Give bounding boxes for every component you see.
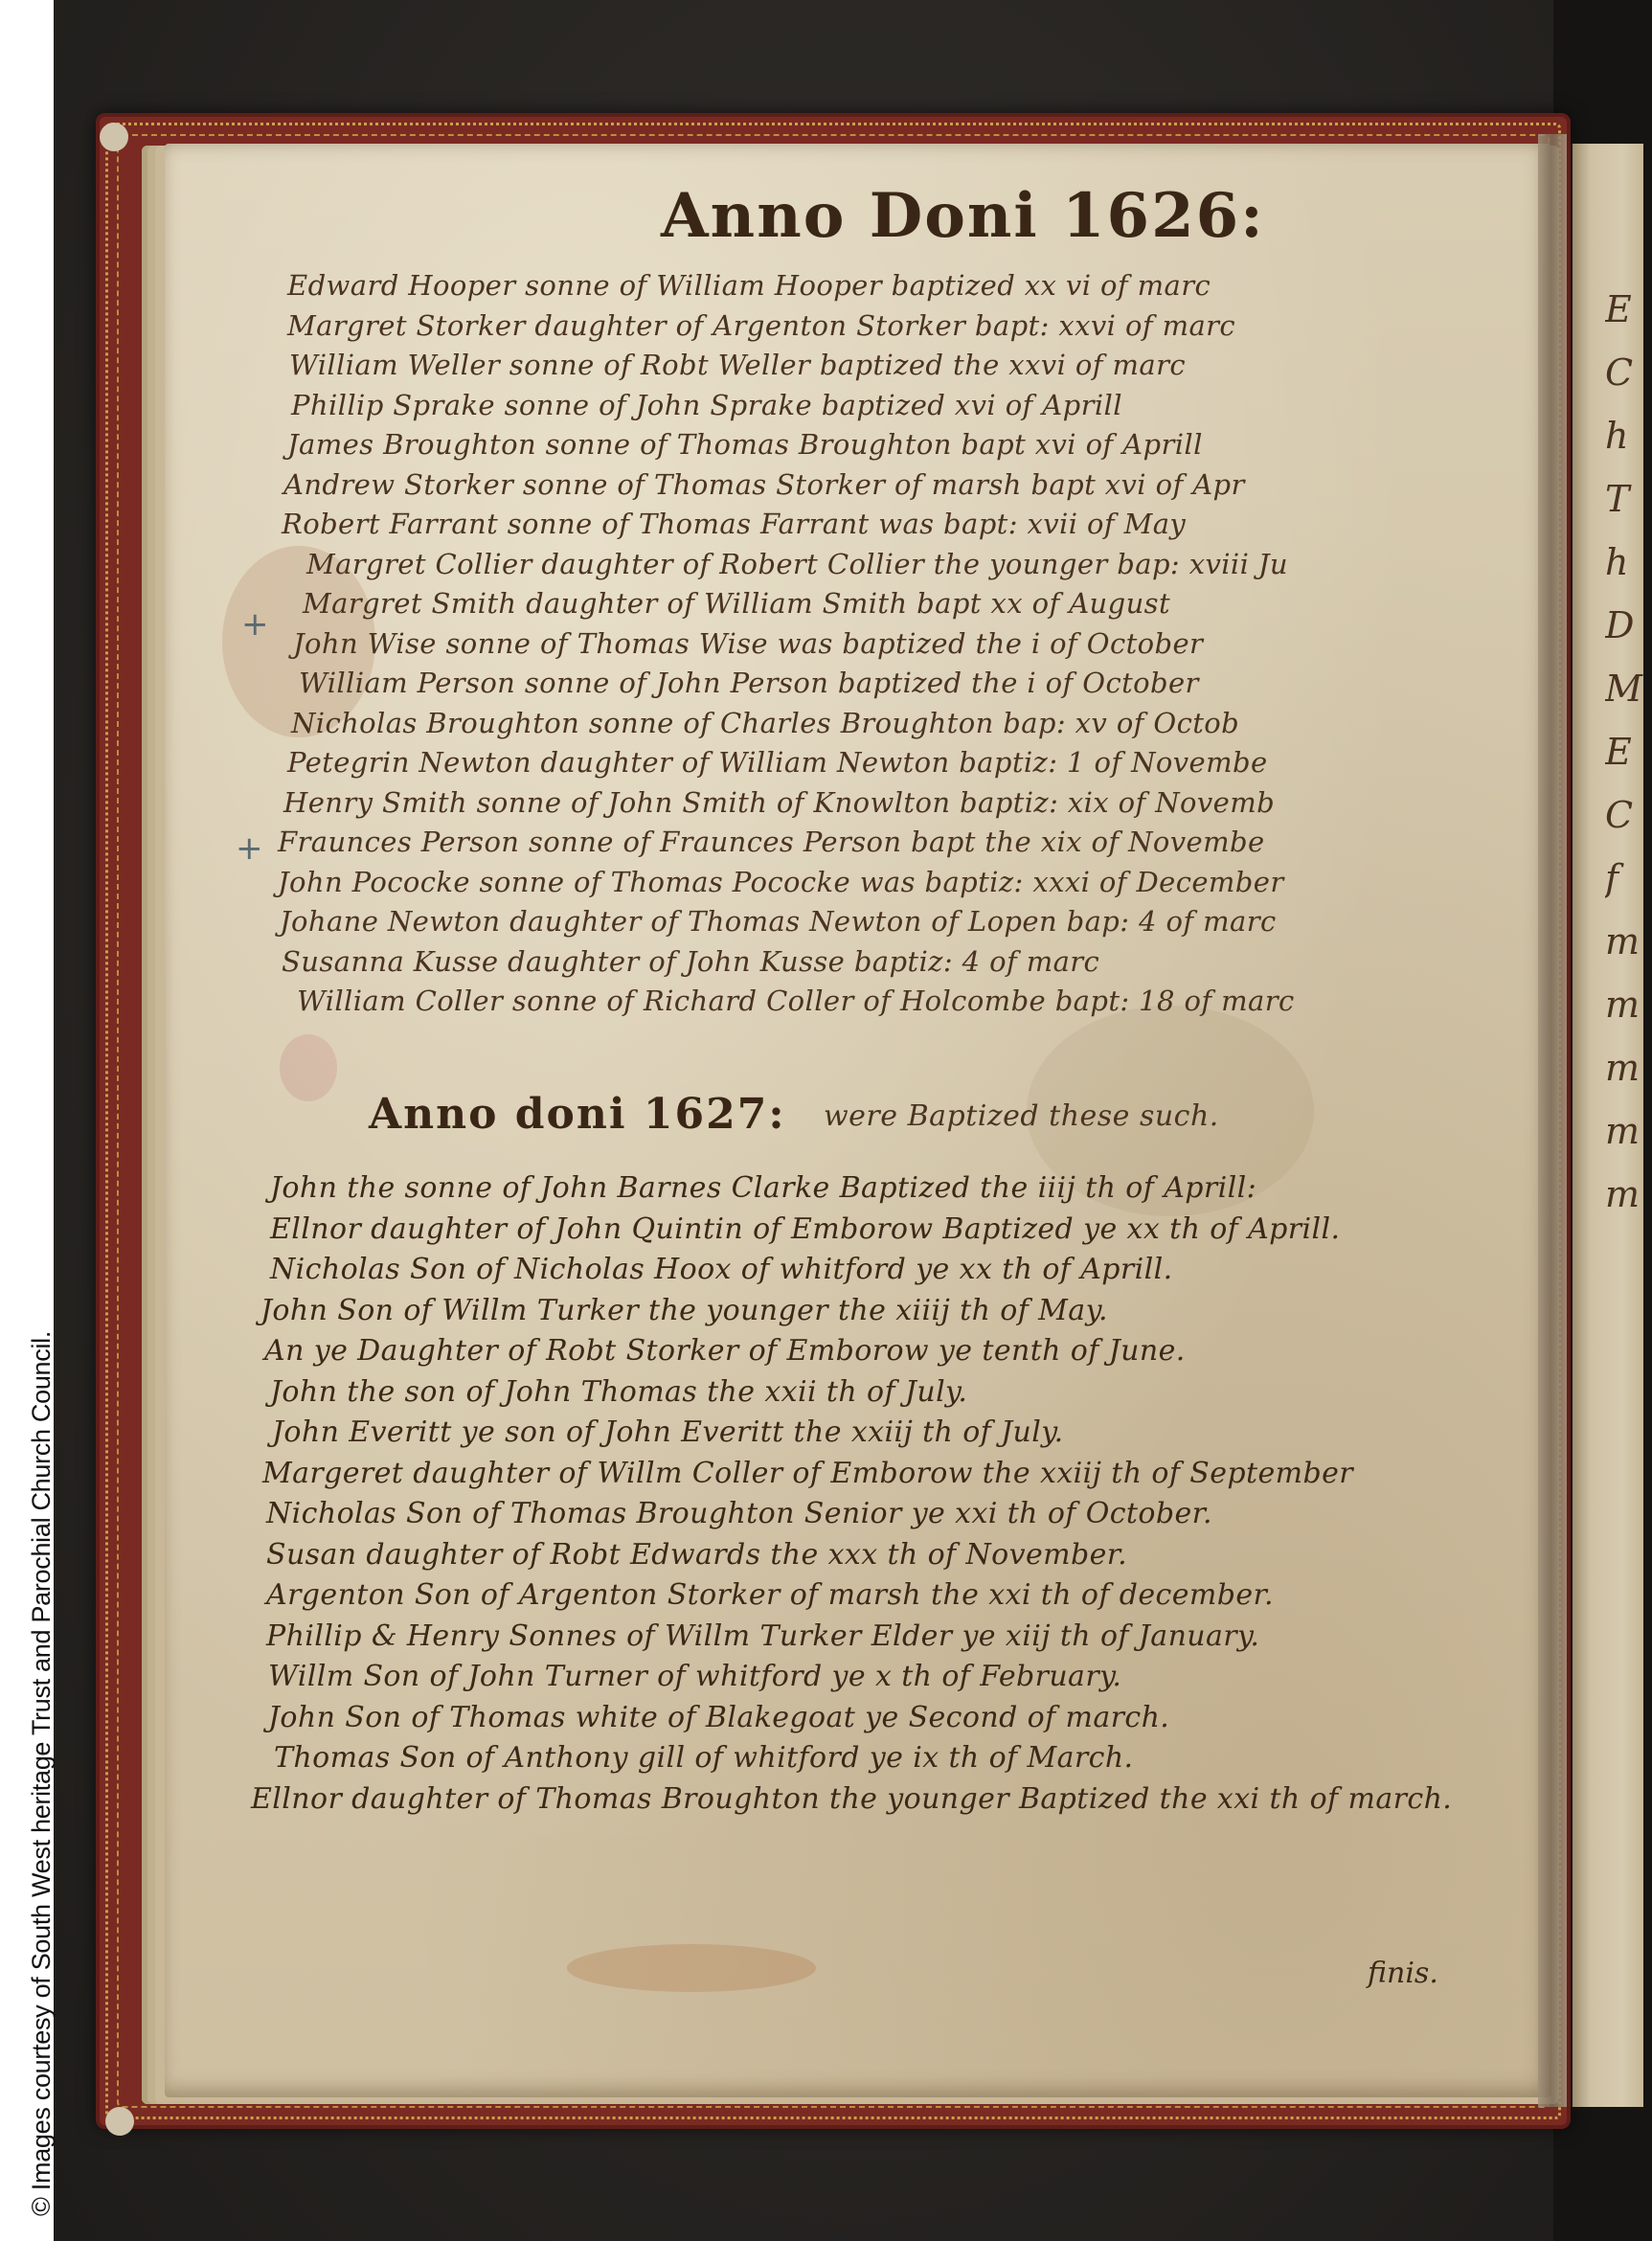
register-entry: Susanna Kusse daughter of John Kusse bap… xyxy=(287,942,1551,983)
register-entry: Phillip Sprake sonne of John Sprake bapt… xyxy=(287,386,1551,426)
heading-1627-note: were Baptized these such. xyxy=(824,1099,1219,1133)
entries-1626: Edward Hooper sonne of William Hooper ba… xyxy=(287,266,1551,1022)
register-entry: William Coller sonne of Richard Coller o… xyxy=(287,982,1551,1022)
copyright-caption: © Images courtesy of South West heritage… xyxy=(27,1331,57,2216)
register-entry: Margeret daughter of Willm Coller of Emb… xyxy=(251,1454,1553,1495)
wax-spot xyxy=(280,1034,337,1101)
register-entry: Margret Smith daughter of William Smith … xyxy=(287,584,1551,624)
fragment: T xyxy=(1605,467,1643,531)
caption-strip: © Images courtesy of South West heritage… xyxy=(0,0,54,2241)
fragment: h xyxy=(1605,531,1643,594)
register-entry: Johane Newton daughter of Thomas Newton … xyxy=(287,902,1551,942)
fragment: C xyxy=(1605,783,1643,847)
register-entry: Ellnor daughter of Thomas Broughton the … xyxy=(251,1779,1553,1821)
fragment: M xyxy=(1605,657,1643,720)
register-entry: Edward Hooper sonne of William Hooper ba… xyxy=(287,266,1551,306)
register-entry: William Weller sonne of Robt Weller bapt… xyxy=(287,346,1551,386)
entries-1627: John the sonne of John Barnes Clarke Bap… xyxy=(251,1168,1553,1820)
margin-cross-mark: + xyxy=(236,829,263,868)
fragment: m xyxy=(1605,1163,1643,1226)
adjacent-page-text: E C h T h D M E C f m m m m m xyxy=(1605,278,1643,1226)
register-entry: John the son of John Thomas the xxii th … xyxy=(251,1372,1553,1414)
register-entry: Susan daughter of Robt Edwards the xxx t… xyxy=(251,1535,1553,1576)
fragment: f xyxy=(1605,847,1643,910)
register-entry: Fraunces Person sonne of Fraunces Person… xyxy=(287,823,1551,863)
register-entry: Ellnor daughter of John Quintin of Embor… xyxy=(251,1210,1553,1251)
register-entry: John Son of Thomas white of Blakegoat ye… xyxy=(251,1698,1553,1739)
register-entry: Willm Son of John Turner of whitford ye … xyxy=(251,1657,1553,1698)
cover-corner-wear xyxy=(105,2107,134,2136)
register-entry: William Person sonne of John Person bapt… xyxy=(287,664,1551,704)
cover-corner-wear xyxy=(100,123,128,151)
register-entry: An ye Daughter of Robt Storker of Emboro… xyxy=(251,1331,1553,1372)
fragment: E xyxy=(1605,278,1643,341)
register-entry: Robert Farrant sonne of Thomas Farrant w… xyxy=(287,505,1551,545)
register-entry: Petegrin Newton daughter of William Newt… xyxy=(287,743,1551,783)
register-entry: John the sonne of John Barnes Clarke Bap… xyxy=(251,1168,1553,1210)
register-entry: James Broughton sonne of Thomas Broughto… xyxy=(287,425,1551,465)
register-entry: Margret Collier daughter of Robert Colli… xyxy=(287,545,1551,585)
register-entry: Nicholas Son of Thomas Broughton Senior … xyxy=(251,1494,1553,1535)
register-entry: John Wise sonne of Thomas Wise was bapti… xyxy=(287,624,1551,665)
fragment: m xyxy=(1605,1036,1643,1099)
fragment: m xyxy=(1605,973,1643,1036)
stain xyxy=(567,1944,816,1992)
register-entry: Argenton Son of Argenton Storker of mars… xyxy=(251,1575,1553,1617)
fragment: m xyxy=(1605,910,1643,973)
fragment: C xyxy=(1605,341,1643,404)
register-entry: Margret Storker daughter of Argenton Sto… xyxy=(287,306,1551,347)
register-entry: Nicholas Son of Nicholas Hoox of whitfor… xyxy=(251,1250,1553,1291)
register-entry: Phillip & Henry Sonnes of Willm Turker E… xyxy=(251,1617,1553,1658)
fragment: m xyxy=(1605,1099,1643,1163)
register-entry: John Pococke sonne of Thomas Pococke was… xyxy=(287,863,1551,903)
register-entry: Andrew Storker sonne of Thomas Storker o… xyxy=(287,465,1551,506)
margin-cross-mark: + xyxy=(241,605,269,644)
register-entry: Nicholas Broughton sonne of Charles Brou… xyxy=(287,704,1551,744)
heading-1626: Anno Doni 1626: xyxy=(661,180,1265,252)
register-entry: John Everitt ye son of John Everitt the … xyxy=(251,1413,1553,1454)
fragment: E xyxy=(1605,720,1643,783)
register-entry: John Son of Willm Turker the younger the… xyxy=(251,1291,1553,1332)
closing-finis: finis. xyxy=(1368,1957,1438,1990)
fragment: h xyxy=(1605,404,1643,467)
fragment: D xyxy=(1605,594,1643,657)
register-entry: Henry Smith sonne of John Smith of Knowl… xyxy=(287,783,1551,824)
register-entry: Thomas Son of Anthony gill of whitford y… xyxy=(251,1738,1553,1779)
heading-1627: Anno doni 1627: xyxy=(369,1090,786,1139)
